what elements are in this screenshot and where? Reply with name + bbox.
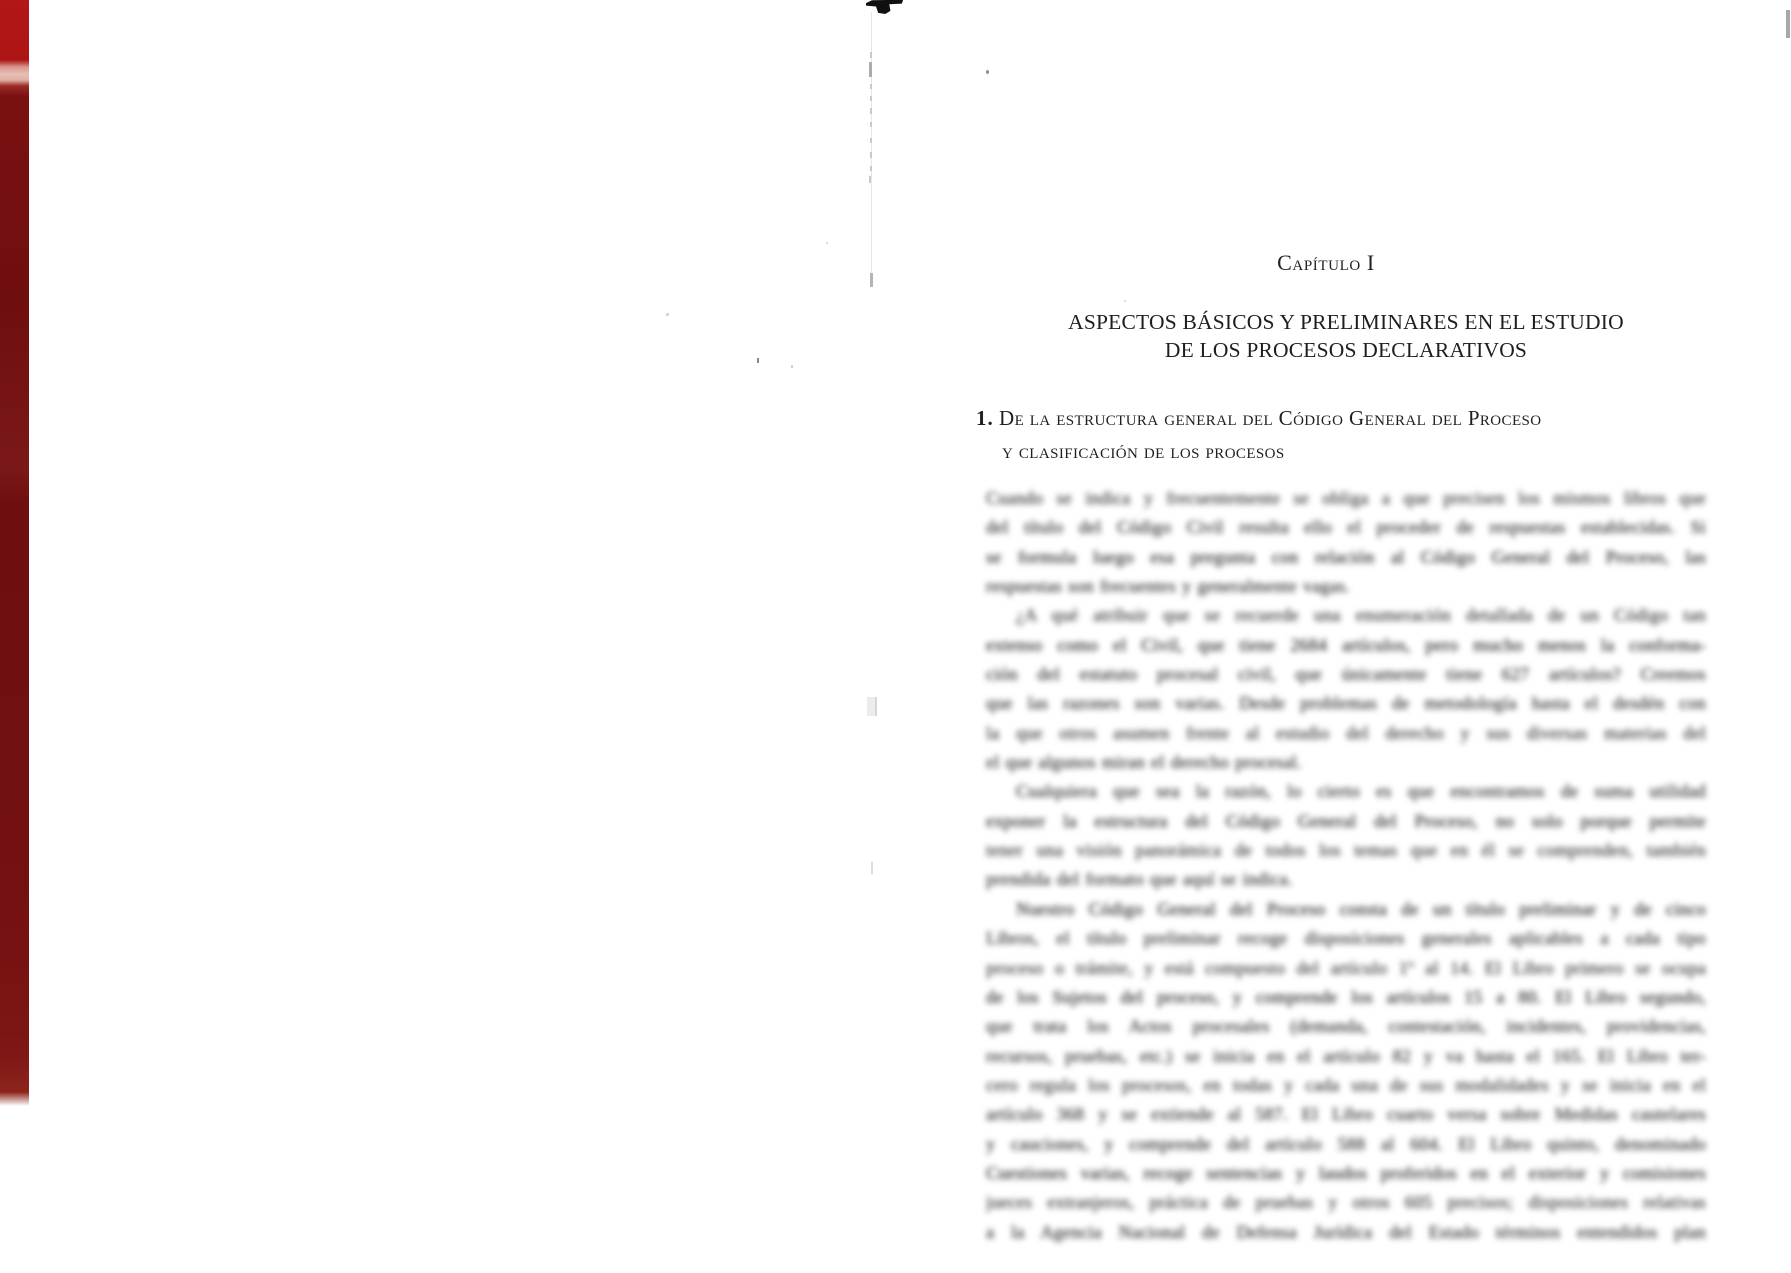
body-text-line: ción del estatuto procesal civil, que ún… [986, 660, 1706, 689]
body-text-line: extenso como el Civil, que tiene 2684 ar… [986, 631, 1706, 660]
section-number: 1. [976, 406, 994, 430]
chapter-title-line1: ASPECTOS BÁSICOS Y PRELIMINARES EN EL ES… [986, 308, 1706, 336]
crease-mark [870, 52, 872, 58]
body-text-line: respuestas son frecuentes y generalmente… [986, 572, 1706, 601]
crease-mark [870, 273, 873, 287]
speck [1124, 300, 1126, 302]
crease-mark [870, 84, 872, 89]
body-text-line: cero regula los procesos, en todas y cad… [986, 1071, 1706, 1100]
body-text-line: que las razones son varias. Desde proble… [986, 689, 1706, 718]
body-text-line: el que algunos miran el derecho procesal… [986, 748, 1706, 777]
body-text-line: recursos, pruebas, etc.) se inicia en el… [986, 1042, 1706, 1071]
crease-mark [870, 108, 872, 114]
crease-mark [871, 862, 873, 874]
speck [986, 70, 989, 74]
scanned-book-spread: Capítulo I ASPECTOS BÁSICOS Y PRELIMINAR… [0, 0, 1791, 1273]
body-text-line: proceso o trámite, y está compuesto del … [986, 954, 1706, 983]
section-heading: 1. De la estructura general del Código G… [976, 402, 1696, 468]
body-text-line: Nuestro Código General del Proceso const… [986, 895, 1706, 924]
speck [666, 313, 669, 316]
speck [757, 358, 759, 363]
body-text-line: se formula luego esa pregunta con relaci… [986, 543, 1706, 572]
body-text-line: la que otros asumen frente al estudio de… [986, 719, 1706, 748]
section-heading-text: De la estructura general del Código Gene… [999, 406, 1542, 430]
body-text-line: ¿A qué atribuir que se recuerde una enum… [986, 601, 1706, 630]
body-text-line: Cualquiera que sea la razón, lo cierto e… [986, 777, 1706, 806]
crease-mark [870, 122, 872, 127]
crease-mark [869, 62, 872, 77]
body-text-line: del título del Código Civil resulta ello… [986, 513, 1706, 542]
body-text-line: artículo 368 y se extiende al 587. El Li… [986, 1100, 1706, 1129]
crease-smudge [867, 697, 877, 716]
chapter-title-line2: DE LOS PROCESOS DECLARATIVOS [986, 336, 1706, 364]
crease-mark [870, 152, 872, 158]
section-heading-line2: y clasificación de los procesos [976, 435, 1696, 468]
body-text-line: prendida del formato que aquí se indica. [986, 865, 1706, 894]
speck [791, 365, 793, 368]
book-edge-red-bar [0, 0, 29, 1273]
chapter-label: Capítulo I [966, 250, 1686, 276]
body-text-line: Libros, el título preliminar recoge disp… [986, 924, 1706, 953]
body-text-line: de los Sujetos del proceso, y comprende … [986, 983, 1706, 1012]
crease-mark [869, 176, 871, 183]
blurred-body-text: Cuando se indica y frecuentemente se obl… [986, 484, 1706, 1247]
crease-mark [870, 96, 872, 101]
body-text-line: Cuando se indica y frecuentemente se obl… [986, 484, 1706, 513]
body-text-line: que trata los Actos procesales (demanda,… [986, 1012, 1706, 1041]
chapter-title: ASPECTOS BÁSICOS Y PRELIMINARES EN EL ES… [986, 308, 1706, 364]
crease-mark [870, 138, 872, 143]
body-text-line: y cauciones, y comprende del artículo 58… [986, 1130, 1706, 1159]
crease-mark [870, 166, 872, 171]
body-text-line: exponer la estructura del Código General… [986, 807, 1706, 836]
body-text-line: jueces extranjeros, práctica de pruebas … [986, 1188, 1706, 1217]
body-text-line: Cuestiones varias, recoge sentencias y l… [986, 1159, 1706, 1188]
body-text-line: tener una visión panorámica de todos los… [986, 836, 1706, 865]
page-edge-tick [1786, 10, 1790, 38]
body-text-line: a la Agencia Nacional de Defensa Jurídic… [986, 1218, 1706, 1247]
section-heading-line1: 1. De la estructura general del Código G… [976, 402, 1696, 435]
speck [826, 242, 828, 244]
